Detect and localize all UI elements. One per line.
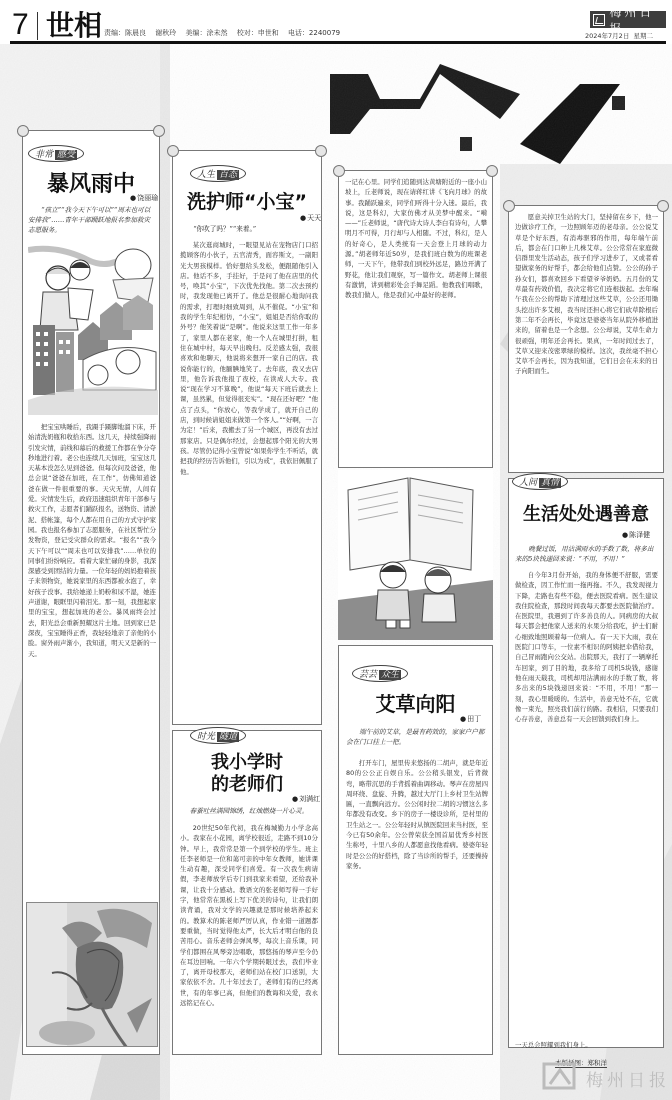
article-body: 打开车门，屋里传来悠扬的二胡声，就是年近80的公公正自娱自乐。公公稍头银发，后背… bbox=[346, 758, 488, 1048]
author-byline: 陈泽健 bbox=[622, 530, 650, 540]
page-number: 7 bbox=[12, 10, 29, 40]
watermark-logo-icon bbox=[542, 1062, 582, 1092]
tag-word-2: 感受 bbox=[55, 150, 77, 160]
column-tag: 人间真情 bbox=[512, 473, 568, 490]
credit-phone: 电话：2240079 bbox=[288, 29, 340, 37]
article-body-continuation: 愿意关掉卫生站的大门，坚持留在乡下，他一边做诊疗工作，一边照顾年迈的老母亲。公公… bbox=[515, 212, 658, 462]
article-lede: 春蚕吐丝满园锦绣，红烛燃烧一片心灵。 bbox=[180, 806, 318, 816]
reading-children-illustration bbox=[338, 470, 493, 640]
storm-rescue-illustration bbox=[28, 240, 158, 415]
credit-editor: 责编：陈晨良 bbox=[104, 29, 146, 37]
newspaper-logo: 梅州日报 bbox=[590, 11, 666, 28]
author-byline: 饶丽瑜 bbox=[130, 193, 158, 203]
article-title: 艾草向阳 bbox=[338, 688, 493, 717]
tag-word-1: 芸芸 bbox=[359, 670, 377, 680]
column-tag: 芸芸众生 bbox=[352, 665, 408, 682]
tag-word-1: 非常 bbox=[35, 150, 53, 160]
editorial-credits: 责编：陈晨良 谢秋玲 美编：涂未然 校对：申世和 电话：2240079 bbox=[104, 28, 347, 38]
watermark: 梅州日报 bbox=[586, 1066, 670, 1091]
article-title-line-2: 的老师们 bbox=[172, 770, 322, 796]
credit-proofreader: 校对：申世和 bbox=[237, 29, 279, 37]
credit-designer: 美编：涂未然 bbox=[185, 29, 227, 37]
tag-word-2: 真情 bbox=[539, 478, 561, 488]
column-tag: 非常感受 bbox=[28, 145, 84, 162]
article-body: 20世纪50年代初，我在梅城勤力小学念高小。我家在小花园，离学校很近，走路不到1… bbox=[180, 823, 318, 1048]
article-lede: 晚餐过饭，用沾满雨水的手数了数，将多出来的5块钱递回来说：“不用，不用！” bbox=[515, 544, 658, 564]
article-body: 自今年3月份开始，我的身体便不舒服，需要做检查，因工作忙而一拖再拖。不久，我发现… bbox=[515, 570, 658, 1030]
article-closing: 一天总会照耀到我们身上。 bbox=[515, 1040, 658, 1050]
credit-editor-2: 谢秋玲 bbox=[155, 29, 176, 37]
article-body: 把宝宝哄睡后，我蹑手蹑脚地溜下床，开始清洗奶瓶和收拾东西。这几天，持续强降雨引发… bbox=[28, 422, 156, 900]
tag-word-2: 百态 bbox=[217, 170, 239, 180]
article-body-continuation: 一记在心里。同学们追随到达黄塘附近的一座小山坡上，丘老师说，现在请蒋红讲《飞向月… bbox=[345, 177, 487, 461]
tag-word-2: 隧道 bbox=[217, 732, 239, 742]
article-body: 某次逛商城时，一眼望见站在宠物店门口招揽顾客的小伙子，五官清秀，面容斯文，一副阳… bbox=[180, 240, 318, 696]
author-byline: 天天 bbox=[300, 213, 321, 223]
date: 2024年7月2日 bbox=[585, 32, 629, 40]
tag-word-1: 人生 bbox=[197, 170, 215, 180]
rose-bud-photo bbox=[26, 902, 158, 1047]
article-lede: “孩立”“我今天下午可以”“周末也可以安排我”……青年干部踊跃地报名参加救灾志愿… bbox=[28, 205, 156, 235]
section-title: 世相 bbox=[46, 11, 102, 41]
masthead: 7 世相 责编：陈晨良 谢秋玲 美编：涂未然 校对：申世和 电话：2240079… bbox=[0, 0, 672, 44]
article-title: 洗护师“小宝” bbox=[172, 187, 322, 214]
masthead-divider bbox=[37, 12, 38, 40]
tag-word-2: 众生 bbox=[379, 670, 401, 680]
tag-word-1: 时光 bbox=[197, 732, 215, 742]
column-tag: 时光隧道 bbox=[190, 727, 246, 744]
column-tag: 人生百态 bbox=[190, 165, 246, 182]
article-lede: 端午前的艾草，是最有药效的，家家户户都会在门口挂上一把。 bbox=[346, 727, 488, 747]
article-title: 生活处处遇善意 bbox=[508, 500, 664, 526]
article-lede: “你吹了吗？”“来着。” bbox=[180, 224, 318, 234]
tag-word-1: 人间 bbox=[519, 478, 537, 488]
issue-date: 2024年7月2日 星期二 bbox=[585, 31, 653, 40]
author-byline: 田丁 bbox=[460, 714, 481, 724]
weekday: 星期二 bbox=[633, 32, 653, 40]
author-byline: 刘满红 bbox=[292, 794, 320, 804]
book-logo-icon bbox=[593, 14, 605, 26]
